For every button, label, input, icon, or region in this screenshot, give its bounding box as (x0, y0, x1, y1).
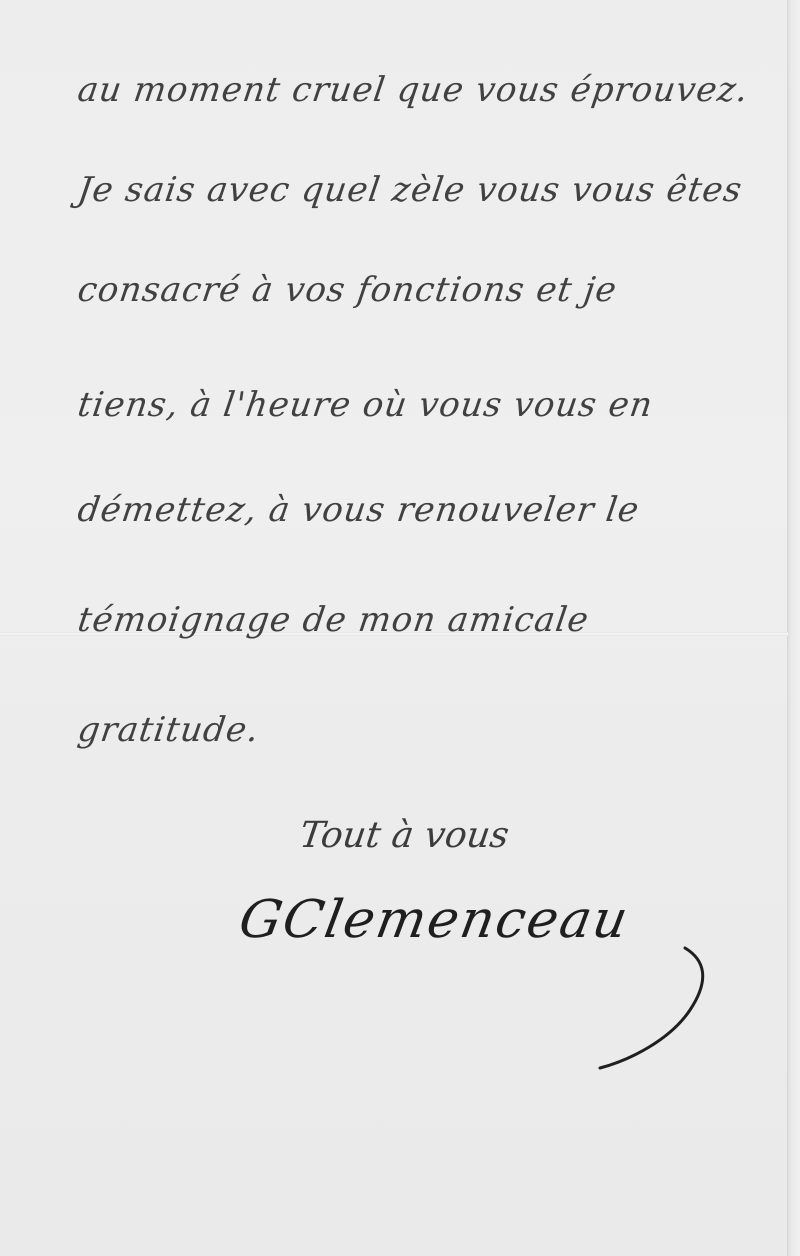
letter-line-1: au moment cruel que vous éprouvez. (75, 70, 751, 110)
letter-line-7: gratitude. (75, 710, 262, 750)
paper-edge (787, 0, 800, 1256)
signature: GClemenceau (235, 890, 634, 950)
letter-line-4: tiens, à l'heure où vous vous en (75, 385, 655, 425)
letter-line-2: Je sais avec quel zèle vous vous êtes (75, 170, 745, 210)
closing-salutation: Tout à vous (297, 815, 511, 856)
letter-page: au moment cruel que vous éprouvez. Je sa… (0, 0, 800, 1256)
letter-line-6: témoignage de mon amicale (75, 600, 591, 640)
letter-line-5: démettez, à vous renouveler le (75, 490, 642, 530)
letter-line-3: consacré à vos fonctions et je (75, 270, 619, 310)
signature-flourish-icon (590, 940, 720, 1070)
